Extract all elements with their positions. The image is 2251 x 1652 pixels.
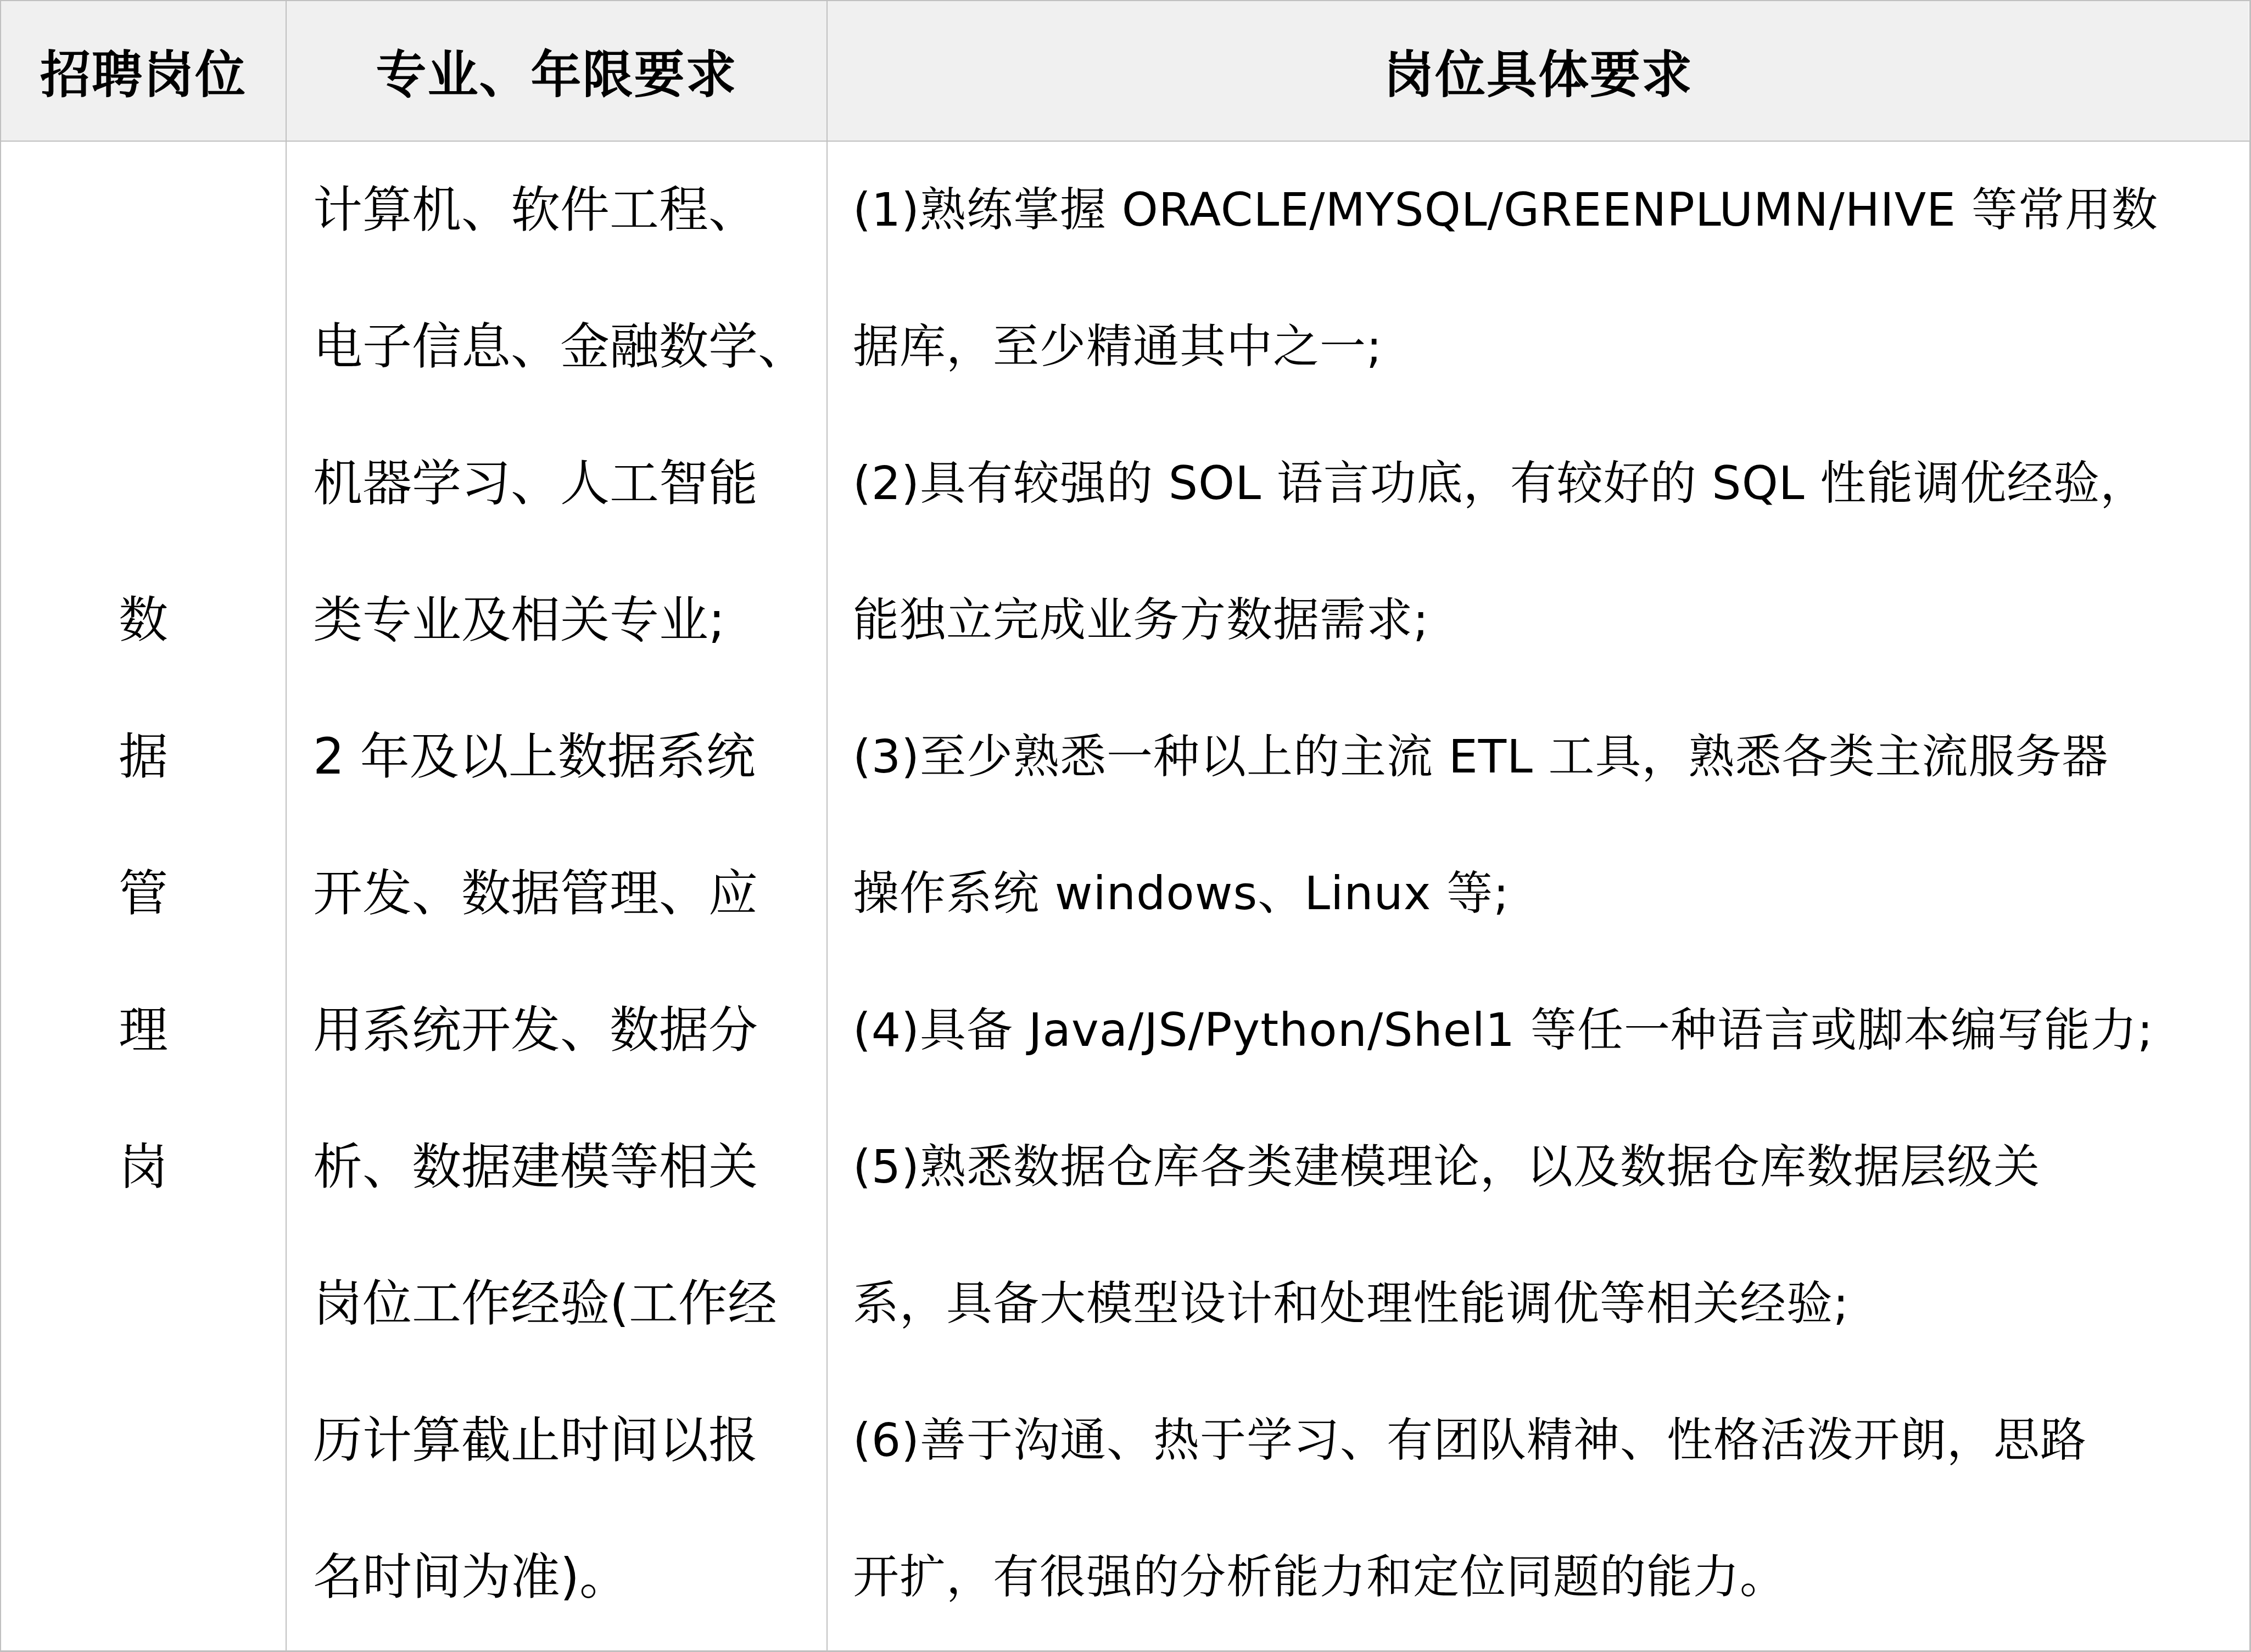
position-char — [1, 142, 286, 278]
requirement-line: 开扩，有很强的分析能力和定位同题的能力。 — [853, 1509, 2248, 1645]
major-years-line: 电子信息、金融数学、 — [313, 278, 824, 415]
major-years-line: 岗位工作经验(工作经 — [313, 1235, 824, 1372]
requirement-line: (5)熟悉数据仓库各类建模理论，以及数据仓库数据层级关 — [853, 1099, 2248, 1235]
major-years-line: 名时间为准)。 — [313, 1509, 824, 1645]
major-years-line: 计算机、软件工程、 — [313, 142, 824, 278]
header-major-years: 专业、年限要求 — [287, 1, 826, 141]
border-top — [0, 0, 2251, 1]
position-char: 据 — [1, 688, 286, 825]
requirement-line: (2)具有较强的 SOL 语言功底，有较好的 SQL 性能调优经验， — [853, 415, 2248, 552]
requirement-line: (1)熟练掌握 ORACLE/MYSQL/GREENPLUMN/HIVE 等常用… — [853, 142, 2248, 278]
position-char — [1, 1509, 286, 1645]
header-position: 招聘岗位 — [1, 1, 286, 141]
position-char: 管 — [1, 825, 286, 962]
major-years-line: 类专业及相关专业; — [313, 552, 824, 688]
requirement-line: 操作系统 windows、Linux 等; — [853, 825, 2248, 962]
requirement-line: 据库，至少精通其中之一; — [853, 278, 2248, 415]
cell-requirements: (1)熟练掌握 ORACLE/MYSQL/GREENPLUMN/HIVE 等常用… — [853, 142, 2248, 1645]
cell-position: 数 据 管 理 岗 — [1, 142, 286, 1645]
border-col-1 — [286, 0, 287, 1652]
cell-major-years: 计算机、软件工程、 电子信息、金融数学、 机器学习、人工智能 类专业及相关专业;… — [313, 142, 824, 1645]
requirement-line: 系，具备大模型设计和处理性能调优等相关经验; — [853, 1235, 2248, 1372]
major-years-line: 用系统开发、数据分 — [313, 962, 824, 1099]
major-years-line: 2 年及以上数据系统 — [313, 688, 824, 825]
recruitment-table: 招聘岗位 专业、年限要求 岗位具体要求 数 据 管 理 岗 计算机、软件工程、 … — [0, 0, 2251, 1652]
border-col-2 — [826, 0, 828, 1652]
requirement-line: (3)至少熟悉一种以上的主流 ETL 工具，熟悉各类主流服务器 — [853, 688, 2248, 825]
position-char: 岗 — [1, 1099, 286, 1235]
position-char: 理 — [1, 962, 286, 1099]
requirement-line: 能独立完成业务方数据需求; — [853, 552, 2248, 688]
major-years-line: 开发、数据管理、应 — [313, 825, 824, 962]
requirement-line: (6)善于沟通、热于学习、有团队精神、性格活泼开朗，思路 — [853, 1372, 2248, 1509]
requirement-line: (4)具备 Java/JS/Python/Shel1 等任一种语言或脚本编写能力… — [853, 962, 2248, 1099]
major-years-line: 析、数据建模等相关 — [313, 1099, 824, 1235]
position-char: 数 — [1, 552, 286, 688]
position-char — [1, 1235, 286, 1372]
major-years-line: 机器学习、人工智能 — [313, 415, 824, 552]
border-left — [0, 0, 1, 1652]
position-char — [1, 415, 286, 552]
position-char — [1, 278, 286, 415]
major-years-line: 历计算截止时间以报 — [313, 1372, 824, 1509]
header-requirements: 岗位具体要求 — [828, 1, 2249, 141]
position-char — [1, 1372, 286, 1509]
border-header-bottom — [0, 141, 2251, 142]
